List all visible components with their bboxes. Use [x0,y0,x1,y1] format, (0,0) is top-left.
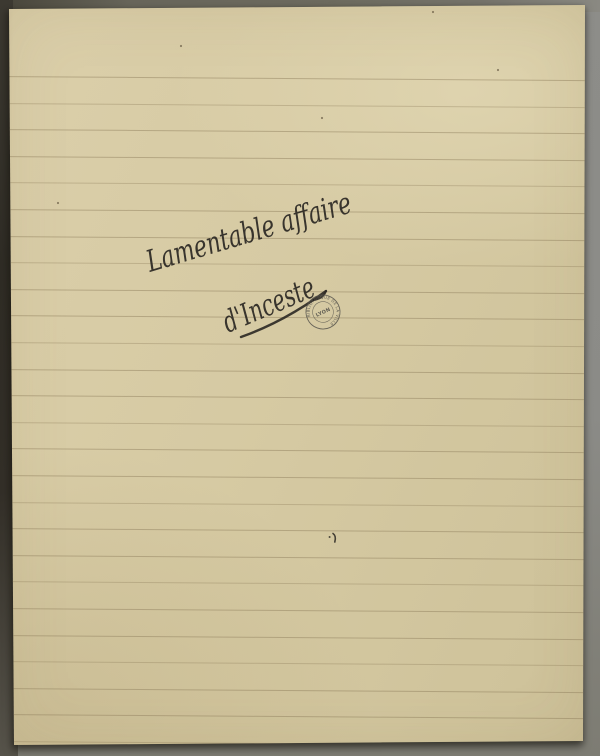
paper-shadow-wrap: Lamentable affaire d'Inceste BIBLIOTHÈQU… [0,0,600,756]
ink-layer: Lamentable affaire d'Inceste BIBLIOTHÈQU… [0,0,600,756]
handwriting-title-line1: Lamentable affaire [142,186,356,280]
paper-speck [432,11,434,13]
paper-specks [57,11,499,204]
paper-speck [180,45,182,47]
scanned-document-view: Lamentable affaire d'Inceste BIBLIOTHÈQU… [0,0,600,756]
paper-speck [321,117,323,119]
stamp-center-text: LYON [315,307,332,319]
notebook-cover-page: Lamentable affaire d'Inceste BIBLIOTHÈQU… [0,0,600,756]
paper-speck [57,202,59,204]
paper-speck [497,69,499,71]
small-ink-mark [329,534,336,543]
